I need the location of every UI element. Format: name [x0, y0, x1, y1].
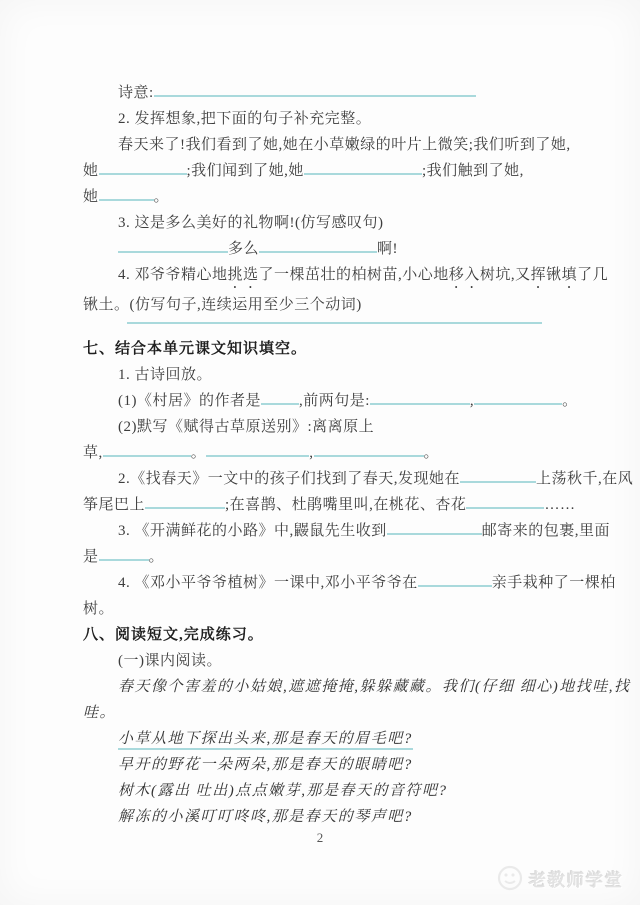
- answer-blank: [99, 547, 149, 561]
- answer-blank: [460, 469, 536, 483]
- q4-sentence-line1: 4. 邓爷爷精心地挑选了一棵茁壮的柏树苗,小心地移入树坑,又挥锹填了几: [83, 262, 557, 292]
- emphasized-verb: 挑选: [228, 267, 259, 283]
- s7-q3-line1: 3. 《开满鲜花的小路》中,鼹鼠先生收到邮寄来的包裹,里面: [83, 518, 557, 544]
- text-run: ;我们闻到了她,她: [187, 163, 304, 179]
- s7-q2-line1: 2.《找春天》一文中的孩子们找到了春天,发现她在上荡秋千,在风: [83, 466, 557, 492]
- text-run: 她: [83, 189, 99, 205]
- s7-q3-line2: 是。: [83, 544, 557, 570]
- answer-blank: [154, 83, 476, 97]
- reading-passage-line2: 哇。: [83, 700, 557, 726]
- s7-q1-1: (1)《村居》的作者是,前两句是:,。: [83, 388, 557, 414]
- worksheet-page: 诗意: 2. 发挥想象,把下面的句子补充完整。 春天来了!我们看到了她,她在小草…: [0, 0, 640, 905]
- q2-sentence-line1: 春天来了!我们看到了她,她在小草嫩绿的叶片上微笑;我们听到了她,: [83, 132, 557, 158]
- page-number: 2: [0, 830, 640, 846]
- reading-passage-line1: 春天像个害羞的小姑娘,遮遮掩掩,躲躲藏藏。我们(仔细 细心)地找哇,找: [83, 674, 557, 700]
- text-run: ;我们触到了她,: [422, 163, 524, 179]
- q4-sentence-line2: 锹土。(仿写句子,连续运用至少三个动词): [83, 292, 557, 318]
- text-run: ,前两句是:: [299, 393, 370, 409]
- answer-blank: [103, 443, 191, 457]
- s7-q1-2-line1: (2)默写《赋得古草原送别》:离离原上: [83, 414, 557, 440]
- text-run: 锹: [546, 267, 562, 283]
- answer-blank: [418, 573, 492, 587]
- text-run: 多么: [228, 241, 259, 257]
- text-run: 4. 《邓小平爷爷植树》一课中,邓小平爷爷在: [118, 575, 418, 591]
- s7-q4-line1: 4. 《邓小平爷爷植树》一课中,邓小平爷爷在亲手栽种了一棵柏: [83, 570, 557, 596]
- shiyi-label: 诗意:: [118, 85, 154, 101]
- text-run: 啊!: [377, 241, 398, 257]
- text-run: 她: [83, 163, 99, 179]
- answer-blank: [118, 239, 228, 253]
- watermark-brand: 老教师学堂: [529, 866, 624, 891]
- s7-q1-title: 1. 古诗回放。: [83, 362, 557, 388]
- watermark: 老教师学堂: [497, 865, 624, 891]
- answer-blank: [387, 521, 482, 535]
- text-run: 。: [149, 549, 165, 565]
- emphasized-verb: 挥: [531, 267, 547, 283]
- q2-sentence-line2: 她;我们闻到了她,她;我们触到了她,: [83, 158, 557, 184]
- reading-sentence-2: 早开的野花一朵两朵,那是春天的眼睛吧?: [83, 752, 557, 778]
- text-run: 3. 《开满鲜花的小路》中,鼹鼠先生收到: [118, 523, 387, 539]
- text-run: 。: [154, 189, 170, 205]
- text-run: 邮寄来的包裹,里面: [482, 523, 610, 539]
- reading-sentence-1: 小草从地下探出头来,那是春天的眉毛吧?: [83, 726, 557, 752]
- text-run: 了几: [577, 267, 608, 283]
- answer-blank: [474, 391, 562, 405]
- answer-blank: [145, 495, 225, 509]
- q2-title: 2. 发挥想象,把下面的句子补充完整。: [83, 106, 557, 132]
- text-run: 亲手栽种了一棵柏: [492, 575, 616, 591]
- answer-blank-full-line: [127, 318, 542, 324]
- answer-blank: [99, 187, 154, 201]
- underlined-sentence: 小草从地下探出头来,那是春天的眉毛吧?: [118, 731, 413, 750]
- reading-sentence-4: 解冻的小溪叮叮咚咚,那是春天的琴声吧?: [83, 804, 557, 830]
- worksheet-body: 诗意: 2. 发挥想象,把下面的句子补充完整。 春天来了!我们看到了她,她在小草…: [83, 80, 557, 830]
- emphasized-verb: 填: [562, 267, 578, 283]
- text-run: 树坑,又: [480, 267, 531, 283]
- text-run: 上荡秋千,在风: [536, 471, 633, 487]
- text-run: 了一棵茁壮的柏树苗,小心地: [259, 267, 449, 283]
- answer-blank: [99, 161, 187, 175]
- text-run: 筝尾巴上: [83, 497, 145, 513]
- s7-q2-line2: 筝尾巴上;在喜鹊、杜鹃嘴里叫,在桃花、杏花……: [83, 492, 557, 518]
- text-run: ;在喜鹊、杜鹃嘴里叫,在桃花、杏花: [225, 497, 466, 513]
- q3-answer-line: 多么啊!: [83, 236, 557, 262]
- answer-blank: [261, 391, 299, 405]
- answer-blank: [304, 161, 422, 175]
- s7-q1-2-line2: 草,。,。: [83, 440, 557, 466]
- text-run: (1)《村居》的作者是: [118, 393, 261, 409]
- text-run: 4. 邓爷爷精心地: [118, 267, 228, 283]
- line-shiyi: 诗意:: [83, 80, 557, 106]
- q2-sentence-line3: 她。: [83, 184, 557, 210]
- answer-blank: [259, 239, 377, 253]
- text-run: 。: [562, 393, 578, 409]
- q3-title: 3. 这是多么美好的礼物啊!(仿写感叹句): [83, 210, 557, 236]
- s7-q4-line2: 树。: [83, 596, 557, 622]
- s8-subheading: (一)课内阅读。: [83, 648, 557, 674]
- section7-heading: 七、结合本单元课文知识填空。: [83, 336, 557, 362]
- emphasized-verb: 移入: [449, 267, 480, 283]
- answer-blank: [466, 495, 544, 509]
- reading-sentence-3: 树木(露出 吐出)点点嫩芽,那是春天的音符吧?: [83, 778, 557, 804]
- text-run: ……: [544, 497, 575, 513]
- answer-blank: [314, 443, 424, 457]
- text-run: 草,: [83, 445, 103, 461]
- text-run: 是: [83, 549, 99, 565]
- text-run: 。: [191, 445, 207, 461]
- section8-heading: 八、阅读短文,完成练习。: [83, 622, 557, 648]
- answer-blank: [370, 391, 470, 405]
- answer-blank: [206, 443, 309, 457]
- teacher-face-logo-icon: [497, 865, 523, 891]
- text-run: 2.《找春天》一文中的孩子们找到了春天,发现她在: [118, 471, 460, 487]
- text-run: 。: [424, 445, 440, 461]
